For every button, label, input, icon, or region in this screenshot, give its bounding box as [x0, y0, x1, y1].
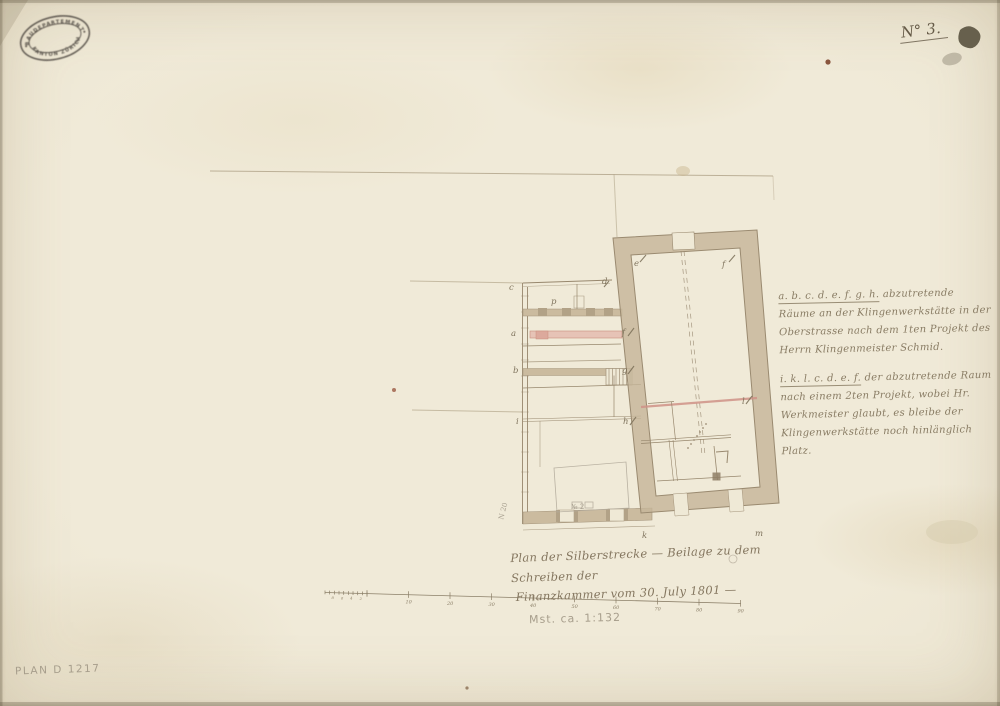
plan-label: i [516, 417, 519, 427]
legend-paragraph-2: i. k. l. c. d. e. f. der abzutretende Ra… [780, 367, 996, 461]
legend-annotations: a. b. c. d. e. f. g. h. abzutretende Räu… [778, 284, 996, 472]
plan-label: 30 [489, 602, 496, 608]
plan-label: N 20 [497, 502, 509, 521]
site-boundary-lines [210, 171, 774, 412]
main-building-walls [613, 230, 779, 513]
oval-stamp: BAUDEPARTEMENT KANTON ZÜRICH [16, 9, 94, 67]
plan-label: m [755, 529, 763, 539]
plan-label: f [721, 260, 727, 270]
plan-caption: Plan der Silberstrecke — Beilage zu dem … [510, 539, 804, 608]
plan-label: l [742, 397, 745, 407]
plan-label: 90 [738, 608, 745, 614]
plan-label: e [634, 259, 639, 269]
plan-label: d [602, 277, 608, 287]
plan-label: 6 [341, 595, 344, 600]
pencil-sketch-outline [554, 462, 629, 512]
scanned-plan-sheet: 1020304050607080908642 BAUDEPARTEMENT KA… [0, 0, 1000, 706]
legend-2-letters: i. k. l. c. d. e. f. [780, 373, 861, 388]
plan-label: 10 [406, 600, 413, 606]
plan-label: 4 [349, 596, 353, 601]
plan-label: 20 [446, 601, 454, 607]
plan-label: 70 [655, 606, 662, 612]
plan-label: k [642, 531, 647, 541]
plan-label: № 2 [571, 503, 584, 511]
main-building-plan [604, 230, 779, 516]
plan-label: g [622, 366, 628, 376]
plan-label: a [511, 329, 516, 339]
plan-label: h [623, 417, 628, 427]
wall-opening [672, 232, 695, 250]
plan-label: 2 [358, 596, 362, 601]
plan-label: p [551, 297, 557, 307]
plan-label: b [513, 366, 518, 376]
plan-label: 80 [696, 607, 703, 613]
legend-1-letters: a. b. c. d. e. f. g. h. [778, 289, 879, 304]
pink-alteration-band [530, 331, 622, 339]
interior-partitions [641, 402, 741, 482]
legend-paragraph-1: a. b. c. d. e. f. g. h. abzutretende Räu… [778, 284, 993, 360]
plan-label: 8 [332, 595, 335, 600]
dotted-line [687, 423, 707, 449]
dashed-axis-line [681, 251, 705, 455]
plan-label: c [509, 283, 514, 293]
pencil-scale-note: Mst. ca. 1:132 [529, 611, 621, 626]
